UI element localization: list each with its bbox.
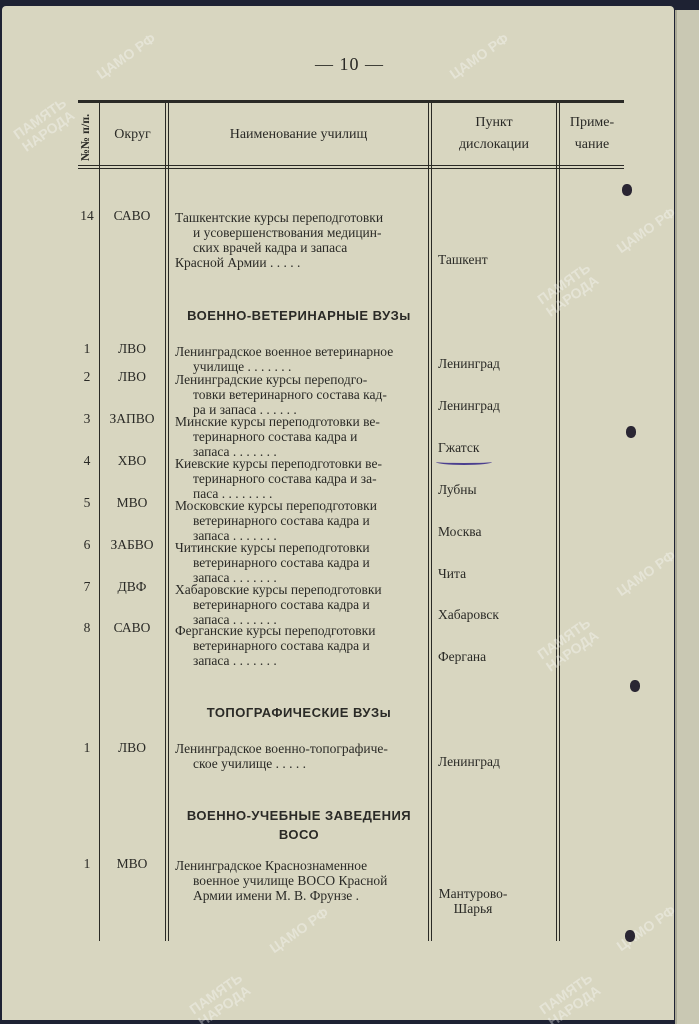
row-number: 14 — [76, 208, 98, 223]
col-divider-3a — [428, 103, 429, 941]
header-place: Пунктдислокации — [432, 112, 556, 156]
row-okrug: ЛВО — [99, 740, 165, 755]
header-number: №№ п/п. — [74, 108, 98, 166]
col-divider-4b — [559, 103, 560, 941]
header-note: Приме-чание — [560, 112, 624, 156]
row-number: 3 — [76, 411, 98, 426]
row-okrug: МВО — [99, 495, 165, 510]
row-okrug: САВО — [99, 620, 165, 635]
row-place: Ташкент — [438, 252, 558, 267]
row-name: Читинские курсы переподготовки ветеринар… — [175, 540, 425, 585]
row-number: 6 — [76, 537, 98, 552]
row-okrug: ЛВО — [99, 369, 165, 384]
row-place: Гжатск — [438, 440, 558, 455]
row-number: 1 — [76, 341, 98, 356]
row-okrug: ЗАПВО — [99, 411, 165, 426]
handwritten-underline — [436, 459, 492, 465]
row-place: Лубны — [438, 482, 558, 497]
row-place: Москва — [438, 524, 558, 539]
col-divider-1 — [99, 103, 100, 941]
header-bottom-rule-2 — [78, 168, 624, 169]
row-okrug: ДВФ — [99, 579, 165, 594]
row-place: Ленинград — [438, 754, 558, 769]
row-place: Чита — [438, 566, 558, 581]
row-name: Ташкентские курсы переподготовки и усове… — [175, 210, 425, 270]
col-divider-2a — [165, 103, 166, 941]
section-title-voso: ВОЕННО-УЧЕБНЫЕ ЗАВЕДЕНИЯ ВОСО — [170, 806, 428, 844]
row-okrug: ХВО — [99, 453, 165, 468]
col-divider-2b — [168, 103, 169, 941]
header-name: Наименование училищ — [169, 124, 428, 146]
row-number: 4 — [76, 453, 98, 468]
binding-hole — [622, 184, 632, 196]
header-okrug: Округ — [100, 124, 165, 146]
row-name: Минские курсы переподготовки ве- теринар… — [175, 414, 425, 459]
row-name: Ленинградское военно-топографиче- ское у… — [175, 741, 425, 771]
section-title-veterinary: ВОЕННО-ВЕТЕРИНАРНЫЕ ВУЗы — [170, 306, 428, 325]
binding-hole — [626, 426, 636, 438]
row-name: Ленинградские курсы переподго- товки вет… — [175, 372, 425, 417]
row-name: Ленинградское Краснознаменное военное уч… — [175, 858, 425, 903]
row-okrug: МВО — [99, 856, 165, 871]
col-divider-3b — [431, 103, 432, 941]
row-number: 8 — [76, 620, 98, 635]
row-place: Ленинград — [438, 356, 558, 371]
row-number: 5 — [76, 495, 98, 510]
binding-hole — [625, 930, 635, 942]
row-name: Ферганские курсы переподготовки ветерина… — [175, 623, 425, 668]
row-number: 1 — [76, 740, 98, 755]
table-top-rule — [78, 100, 624, 103]
row-name: Московские курсы переподготовки ветерина… — [175, 498, 425, 543]
row-number: 1 — [76, 856, 98, 871]
row-name: Ленинградское военное ветеринарное учили… — [175, 344, 425, 374]
binding-hole — [630, 680, 640, 692]
row-place: Хабаровск — [438, 607, 558, 622]
row-place: Ленинград — [438, 398, 558, 413]
section-title-topographic: ТОПОГРАФИЧЕСКИЕ ВУЗы — [170, 703, 428, 722]
row-name: Хабаровские курсы переподготовки ветерин… — [175, 582, 425, 627]
row-place: Фергана — [438, 649, 558, 664]
header-bottom-rule — [78, 165, 624, 166]
row-number: 2 — [76, 369, 98, 384]
row-place: Мантурово- Шарья — [438, 886, 508, 916]
col-divider-4a — [556, 103, 557, 941]
page-number: — 10 — — [0, 54, 699, 75]
row-name: Киевские курсы переподготовки ве- терина… — [175, 456, 425, 501]
row-okrug: ЛВО — [99, 341, 165, 356]
row-number: 7 — [76, 579, 98, 594]
adjacent-page-edge — [675, 10, 699, 1024]
row-okrug: САВО — [99, 208, 165, 223]
row-okrug: ЗАБВО — [99, 537, 165, 552]
